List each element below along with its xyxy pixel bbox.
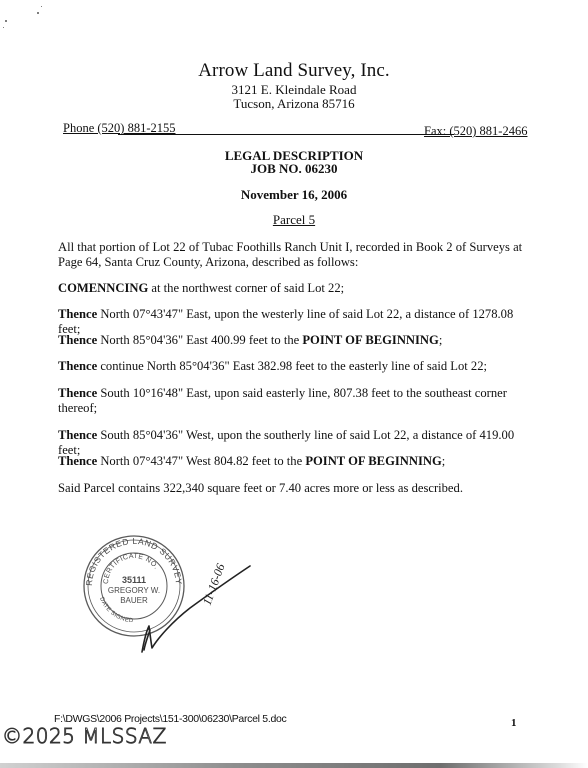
seal-stamp-icon: REGISTERED LAND SURVEYOR CERTIFICATE NO.… — [72, 526, 272, 656]
call-text: continue North 85°04'36" East 382.98 fee… — [97, 359, 487, 373]
summary-paragraph: Said Parcel contains 322,340 square feet… — [58, 481, 536, 496]
point-of-beginning: POINT OF BEGINNING — [302, 333, 438, 347]
point-of-beginning: POINT OF BEGINNING — [305, 454, 441, 468]
call-4: Thence South 10°16'48" East, upon said e… — [58, 386, 536, 416]
seal-name-line1: GREGORY W. — [108, 586, 160, 595]
call-lead: Thence — [58, 307, 97, 321]
parcel-label: Parcel 5 — [0, 212, 588, 228]
call-lead: Thence — [58, 386, 97, 400]
call-6: Thence North 07°43'47" West 804.82 feet … — [58, 454, 536, 469]
call-3: Thence continue North 85°04'36" East 382… — [58, 359, 536, 374]
mls-watermark: ©2025 MLSSAZ — [2, 724, 167, 748]
surveyor-seal: REGISTERED LAND SURVEYOR CERTIFICATE NO.… — [72, 526, 272, 656]
call-text: North 07°43'47" East, upon the westerly … — [58, 307, 513, 336]
call-text: North 07°43'47" West 804.82 feet to the — [97, 454, 305, 468]
call-lead: Thence — [58, 359, 97, 373]
call-lead: COMENNCING — [58, 281, 148, 295]
seal-certificate-number: 35111 — [122, 575, 146, 585]
call-text: North 85°04'36" East 400.99 feet to the — [97, 333, 302, 347]
scan-bottom-edge — [0, 763, 588, 768]
call-tail: ; — [442, 454, 446, 468]
address-city: Tucson, Arizona 85716 — [0, 96, 588, 112]
company-name: Arrow Land Survey, Inc. — [0, 60, 588, 82]
call-lead: Thence — [58, 428, 97, 442]
page-number: 1 — [511, 717, 517, 729]
fax-number: Fax: (520) 881-2466 — [424, 124, 527, 139]
document-date: November 16, 2006 — [0, 187, 588, 203]
call-lead: Thence — [58, 333, 97, 347]
call-tail: ; — [439, 333, 443, 347]
job-number: JOB NO. 06230 — [0, 161, 588, 177]
call-2: Thence North 85°04'36" East 400.99 feet … — [58, 333, 536, 348]
call-commencing: COMENNCING at the northwest corner of sa… — [58, 281, 536, 296]
call-text: South 85°04'36" West, upon the southerly… — [58, 428, 514, 457]
call-text: South 10°16'48" East, upon said easterly… — [58, 386, 507, 415]
contact-row: Phone (520) 881-2155 — [63, 121, 476, 135]
header-rule — [118, 134, 454, 135]
document-page: Arrow Land Survey, Inc. 3121 E. Kleindal… — [0, 0, 588, 768]
call-text: at the northwest corner of said Lot 22; — [148, 281, 344, 295]
call-lead: Thence — [58, 454, 97, 468]
intro-paragraph: All that portion of Lot 22 of Tubac Foot… — [58, 240, 536, 270]
seal-name-line2: BAUER — [120, 596, 148, 605]
